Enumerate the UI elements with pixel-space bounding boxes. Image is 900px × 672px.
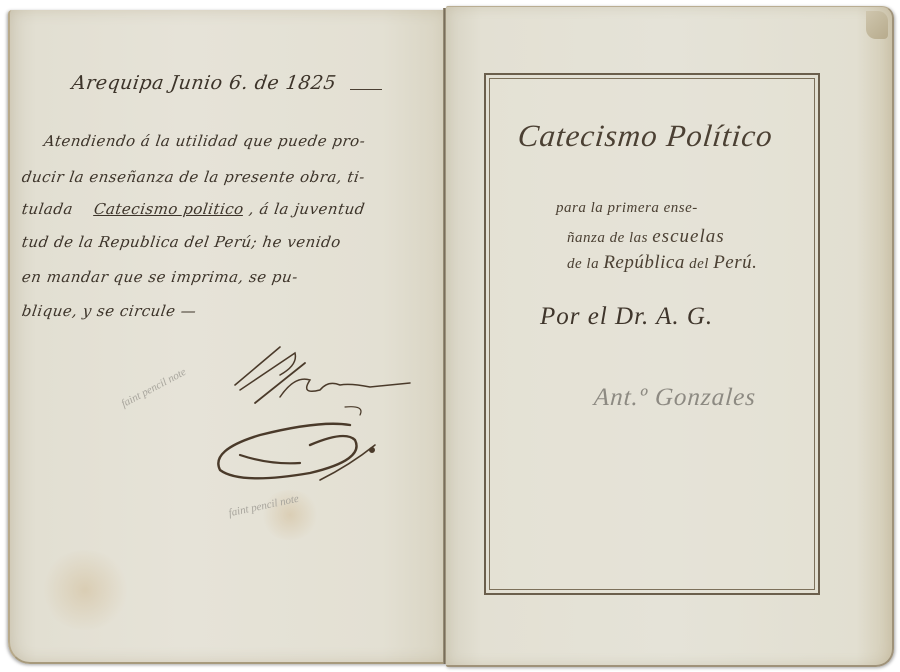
subtitle-word-peru: Perú. [713,252,757,273]
book-gutter [443,8,446,664]
decree-word: , á la juventud [248,200,366,218]
subtitle-line: ñanza de las escuelas [567,226,725,248]
signature-rubric-icon [200,335,420,495]
decree-line: tud de la Republica del Perú; he venido [21,233,342,251]
subtitle-word: de la [567,256,599,272]
decree-line: blique, y se circule — [21,302,198,320]
book-title: Catecismo Político [516,118,775,154]
subtitle-word-republica: República [603,252,685,273]
decree-word: tulada [21,200,75,218]
pencil-owner-annotation: Ant.º Gonzales [593,384,757,412]
decree-line: tulada Catecismo politico , á la juventu… [21,200,366,218]
date-underline [350,89,382,90]
author-line: Por el Dr. A. G. [540,303,713,331]
paper-stain [40,550,130,630]
open-manuscript-book: Arequipa Junio 6. de 1825 Atendiendo á l… [0,0,900,672]
bolivar-signature [200,335,420,495]
subtitle-word: ñanza de las [567,230,648,246]
subtitle-word: del [689,256,709,272]
decree-line: Atendiendo á la utilidad que puede pro- [43,132,367,150]
title-page-inner-frame [489,78,815,590]
subtitle-line: de la República del Perú. [567,252,757,274]
decree-line: ducir la enseñanza de la presente obra, … [21,168,366,186]
folded-corner [866,11,888,39]
decree-line: en mandar que se imprima, se pu- [21,268,299,286]
decree-date-heading: Arequipa Junio 6. de 1825 [70,72,337,94]
decree-work-title: Catecismo politico [93,200,245,218]
subtitle-word-escuelas: escuelas [652,226,724,247]
subtitle-line: para la primera ense- [556,200,698,217]
